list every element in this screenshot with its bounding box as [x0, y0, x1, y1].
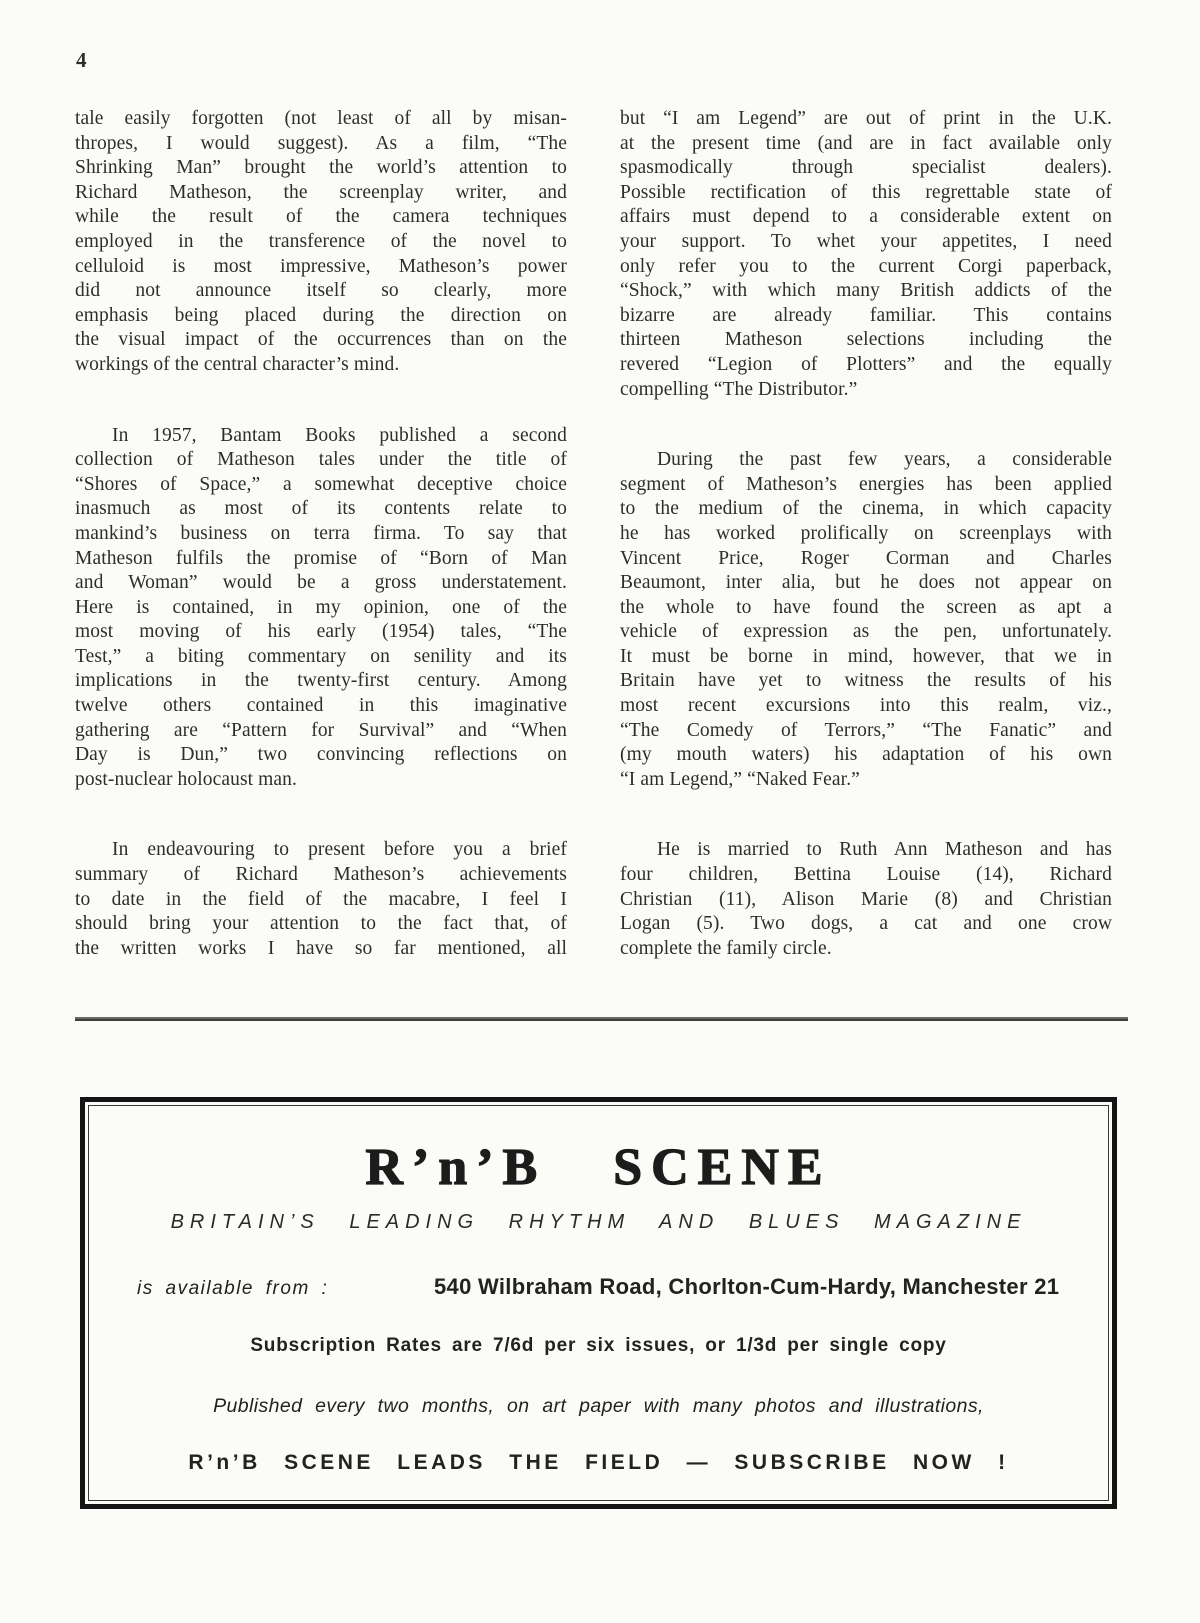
text-line: to the medium of the cinema, in which ca…: [620, 497, 1112, 522]
text-line: twelve others contained in this imaginat…: [75, 694, 567, 719]
ad-subscription-rates: Subscription Rates are 7/6d per six issu…: [89, 1335, 1108, 1357]
text-line: bizarre are already familiar. This conta…: [620, 304, 1112, 329]
text-line: Logan (5). Two dogs, a cat and one crow: [620, 912, 1112, 937]
article-paragraph: tale easily forgotten (not least of all …: [75, 107, 567, 378]
text-line: inasmuch as most of its contents relate …: [75, 497, 567, 522]
text-line: Day is Dun,” two convincing reflections …: [75, 743, 567, 768]
rnb-scene-ad-inner-frame: R’n’B SCENE BRITAIN’S LEADING RHYTHM AND…: [88, 1105, 1109, 1501]
text-line: mankind’s business on terra firma. To sa…: [75, 522, 567, 547]
text-line: Possible rectification of this regrettab…: [620, 181, 1112, 206]
text-line: Beaumont, inter alia, but he does not ap…: [620, 571, 1112, 596]
text-line: gathering are “Pattern for Survival” and…: [75, 719, 567, 744]
text-line: It must be borne in mind, however, that …: [620, 645, 1112, 670]
text-line: most recent excursions into this realm, …: [620, 694, 1112, 719]
text-line: did not announce itself so clearly, more: [75, 279, 567, 304]
text-line: He is married to Ruth Ann Matheson and h…: [620, 838, 1112, 863]
article-column-left: tale easily forgotten (not least of all …: [75, 107, 567, 961]
text-line: four children, Bettina Louise (14), Rich…: [620, 863, 1112, 888]
text-line: and Woman” would be a gross understateme…: [75, 571, 567, 596]
text-line: segment of Matheson’s energies has been …: [620, 473, 1112, 498]
text-line: most moving of his early (1954) tales, “…: [75, 620, 567, 645]
text-line: only refer you to the current Corgi pape…: [620, 255, 1112, 280]
article-columns: tale easily forgotten (not least of all …: [75, 107, 1112, 961]
text-line: celluloid is most impressive, Matheson’s…: [75, 255, 567, 280]
text-line: emphasis being placed during the directi…: [75, 304, 567, 329]
text-line: “Shores of Space,” a somewhat deceptive …: [75, 473, 567, 498]
text-line: implications in the twenty-first century…: [75, 669, 567, 694]
text-line: vehicle of expression as the pen, unfort…: [620, 620, 1112, 645]
ad-address-row: is available from : 540 Wilbraham Road, …: [89, 1274, 1108, 1301]
text-line: affairs must depend to a considerable ex…: [620, 205, 1112, 230]
article-paragraph: He is married to Ruth Ann Matheson and h…: [620, 838, 1112, 961]
text-line: thirteen Matheson selections including t…: [620, 328, 1112, 353]
ad-available-from-label: is available from :: [137, 1278, 328, 1300]
text-line: During the past few years, a considerabl…: [620, 448, 1112, 473]
text-line: spasmodically through specialist dealers…: [620, 156, 1112, 181]
rnb-scene-ad-box: R’n’B SCENE BRITAIN’S LEADING RHYTHM AND…: [80, 1097, 1117, 1509]
text-line: employed in the transference of the nove…: [75, 230, 567, 255]
text-line: your support. To whet your appetites, I …: [620, 230, 1112, 255]
text-line: thropes, I would suggest). As a film, “T…: [75, 132, 567, 157]
text-line: Christian (11), Alison Marie (8) and Chr…: [620, 888, 1112, 913]
text-line: revered “Legion of Plotters” and the equ…: [620, 353, 1112, 378]
text-line: Vincent Price, Roger Corman and Charles: [620, 547, 1112, 572]
article-paragraph: In endeavouring to present before you a …: [75, 838, 567, 961]
text-line: he has worked prolifically on screenplay…: [620, 522, 1112, 547]
text-line: “I am Legend,” “Naked Fear.”: [620, 768, 1112, 793]
text-line: Richard Matheson, the screenplay writer,…: [75, 181, 567, 206]
text-line: Matheson fulfils the promise of “Born of…: [75, 547, 567, 572]
section-divider-rule: [75, 1017, 1128, 1021]
text-line: In endeavouring to present before you a …: [75, 838, 567, 863]
article-paragraph: During the past few years, a considerabl…: [620, 448, 1112, 792]
page-number: 4: [76, 48, 87, 73]
text-line: “Shock,” with which many British addicts…: [620, 279, 1112, 304]
ad-title: R’n’B SCENE: [89, 1142, 1108, 1194]
text-line: summary of Richard Matheson’s achievemen…: [75, 863, 567, 888]
text-line: Britain have yet to witness the results …: [620, 669, 1112, 694]
text-line: tale easily forgotten (not least of all …: [75, 107, 567, 132]
text-line: post-nuclear holocaust man.: [75, 768, 567, 793]
article-paragraph: but “I am Legend” are out of print in th…: [620, 107, 1112, 402]
text-line: to date in the field of the macabre, I f…: [75, 888, 567, 913]
text-line: Test,” a biting commentary on senility a…: [75, 645, 567, 670]
magazine-page: 4 tale easily forgotten (not least of al…: [0, 0, 1200, 1623]
article-column-right: but “I am Legend” are out of print in th…: [620, 107, 1112, 961]
text-line: In 1957, Bantam Books published a second: [75, 424, 567, 449]
text-line: (my mouth waters) his adaptation of his …: [620, 743, 1112, 768]
text-line: Shrinking Man” brought the world’s atten…: [75, 156, 567, 181]
text-line: should bring your attention to the fact …: [75, 912, 567, 937]
ad-published-info: Published every two months, on art paper…: [89, 1395, 1108, 1418]
text-line: but “I am Legend” are out of print in th…: [620, 107, 1112, 132]
ad-address: 540 Wilbraham Road, Chorlton-Cum-Hardy, …: [434, 1274, 1059, 1300]
text-line: the whole to have found the screen as ap…: [620, 596, 1112, 621]
text-line: the written works I have so far mentione…: [75, 937, 567, 962]
ad-subtitle: BRITAIN’S LEADING RHYTHM AND BLUES MAGAZ…: [89, 1211, 1108, 1234]
text-line: Here is contained, in my opinion, one of…: [75, 596, 567, 621]
text-line: at the present time (and are in fact ava…: [620, 132, 1112, 157]
text-line: collection of Matheson tales under the t…: [75, 448, 567, 473]
article-paragraph: In 1957, Bantam Books published a second…: [75, 424, 567, 793]
text-line: the visual impact of the occurrences tha…: [75, 328, 567, 353]
text-line: “The Comedy of Terrors,” “The Fanatic” a…: [620, 719, 1112, 744]
text-line: compelling “The Distributor.”: [620, 378, 1112, 403]
text-line: complete the family circle.: [620, 937, 1112, 962]
text-line: workings of the central character’s mind…: [75, 353, 567, 378]
ad-subscribe-cta: R’n’B SCENE LEADS THE FIELD — SUBSCRIBE …: [89, 1451, 1108, 1475]
text-line: while the result of the camera technique…: [75, 205, 567, 230]
